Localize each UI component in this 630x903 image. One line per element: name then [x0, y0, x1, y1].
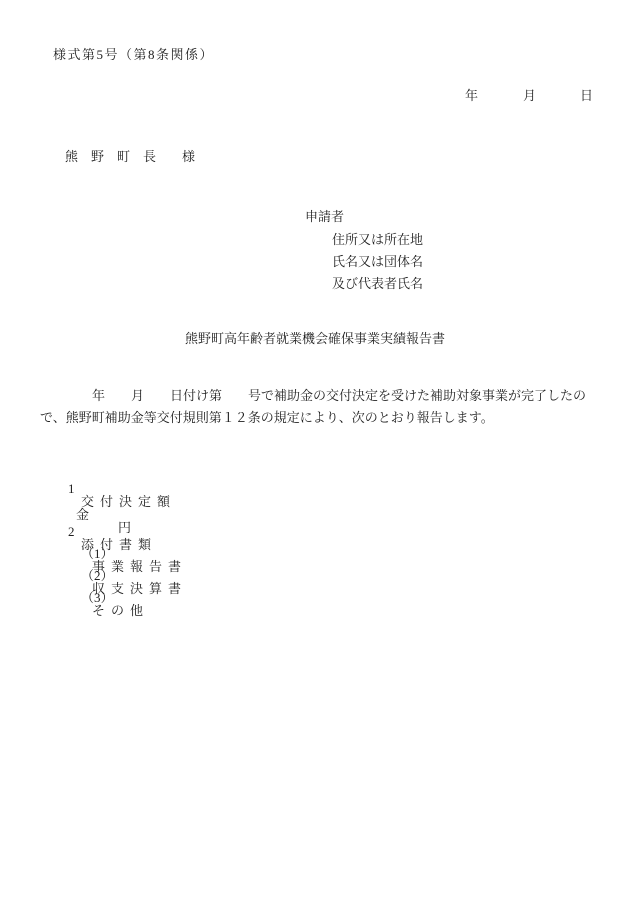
addressee: 熊 野 町 長 様 — [65, 150, 195, 163]
date-month-label: 月 — [523, 89, 536, 102]
date-year-label: 年 — [465, 89, 478, 102]
form-number: 様式第5号（第8条関係） — [53, 48, 214, 61]
item-1-label: 交付決定額 — [81, 494, 176, 509]
applicant-field-address: 住所又は所在地 — [332, 233, 423, 246]
date-line: 年 月 日 — [0, 89, 630, 105]
sub-item-3-label: その他 — [92, 603, 149, 618]
document-page: 様式第5号（第8条関係） 年 月 日 熊 野 町 長 様 申請者 住所又は所在地… — [0, 0, 630, 903]
item-1-number: 1 — [68, 482, 75, 495]
attachment-other: （3） その他 — [68, 578, 149, 630]
applicant-label: 申請者 — [305, 210, 344, 223]
body-paragraph-line-1: 年 月 日付け第 号で補助金の交付決定を受けた補助対象事業が完了したの — [40, 389, 600, 402]
date-day-label: 日 — [580, 89, 593, 102]
document-title: 熊野町高年齢者就業機会確保事業実績報告書 — [0, 332, 630, 345]
applicant-field-name: 氏名又は団体名 — [332, 255, 423, 268]
body-paragraph-line-2: で、熊野町補助金等交付規則第１２条の規定により、次のとおり報告します。 — [40, 411, 600, 424]
applicant-field-representative: 及び代表者氏名 — [332, 277, 423, 290]
